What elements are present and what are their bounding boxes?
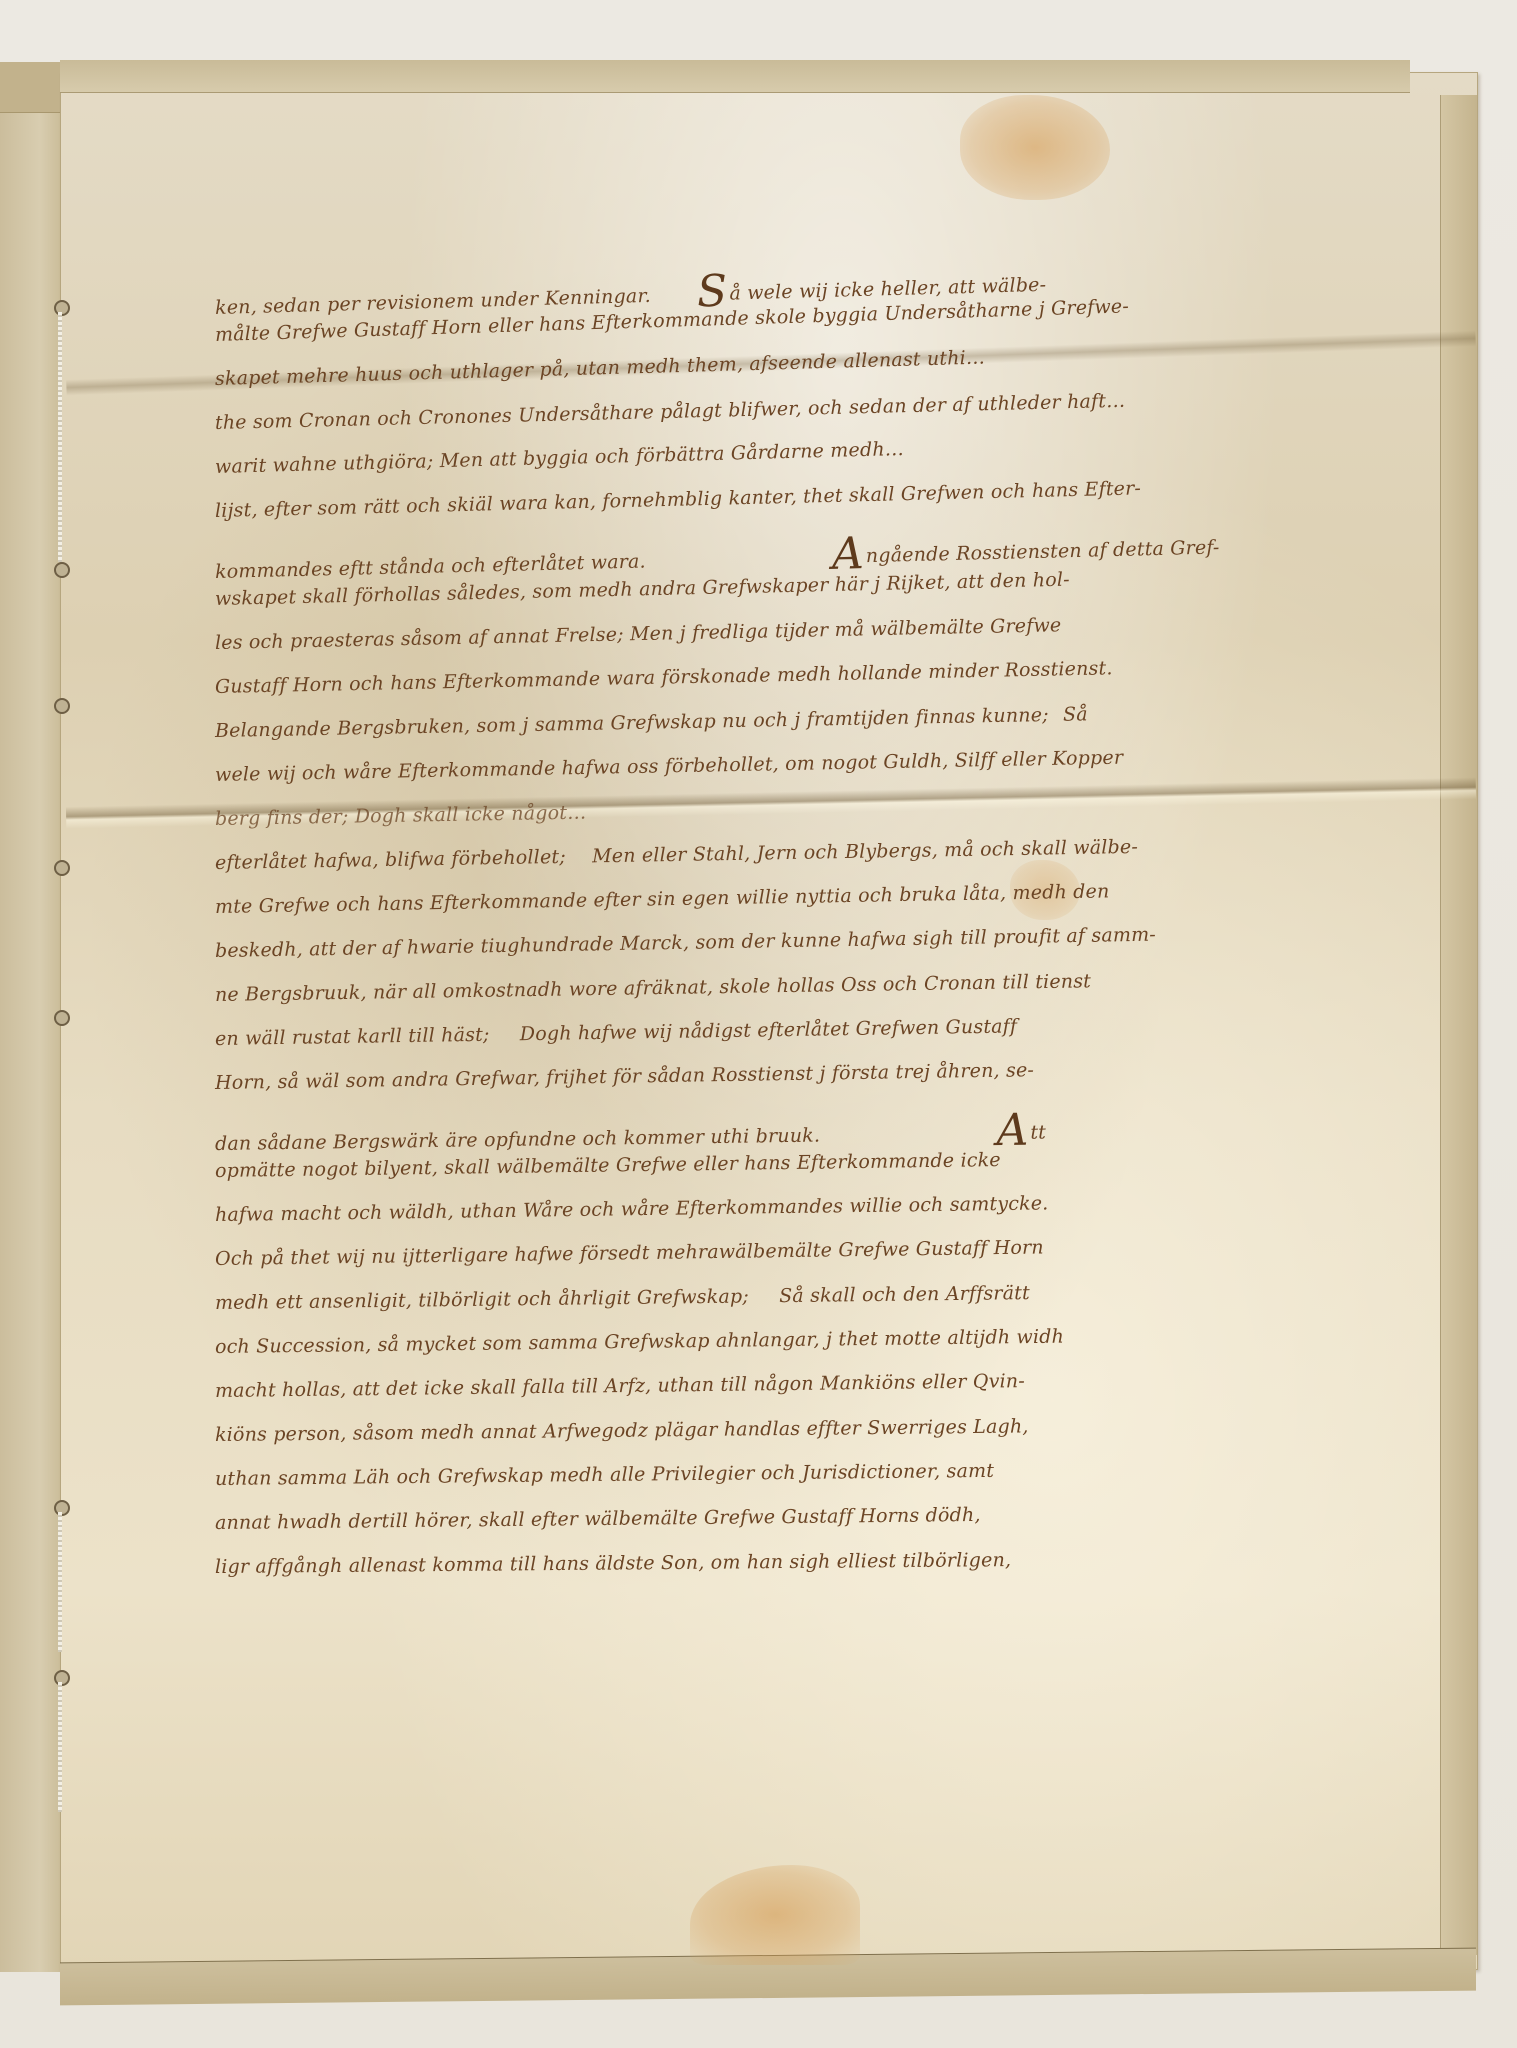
binding-thread-tail — [58, 1682, 62, 1812]
line-text: kommandes eftt stånda och efterlåtet war… — [215, 550, 646, 583]
line-tail: tt — [1030, 1121, 1046, 1143]
water-stain-top — [960, 95, 1110, 200]
stitch-hole — [54, 860, 70, 876]
binding-thread — [58, 312, 62, 562]
line-tail: Så skall och den Arffsrätt — [779, 1282, 1030, 1307]
line-text: en wäll rustat karll till häst; — [215, 1024, 490, 1050]
stitch-hole — [54, 1500, 70, 1516]
flourished-initial: A — [996, 1105, 1029, 1156]
stitch-hole — [54, 1670, 70, 1686]
top-fold-strip — [60, 60, 1410, 93]
line-tail: ngående Rosstiensten af detta Gref- — [866, 536, 1220, 567]
binding-stitches — [52, 300, 68, 1880]
stitch-hole — [54, 698, 70, 714]
stitch-hole — [54, 1010, 70, 1026]
line-tail: Så — [1063, 703, 1088, 725]
stitch-hole — [54, 300, 70, 316]
stitch-hole — [54, 562, 70, 578]
flourished-initial: A — [831, 528, 864, 580]
binding-thread-tail — [58, 1512, 62, 1652]
right-fold-strip — [1440, 95, 1477, 1955]
line-text: dan sådane Bergswärk äre opfundne och ko… — [215, 1125, 820, 1155]
